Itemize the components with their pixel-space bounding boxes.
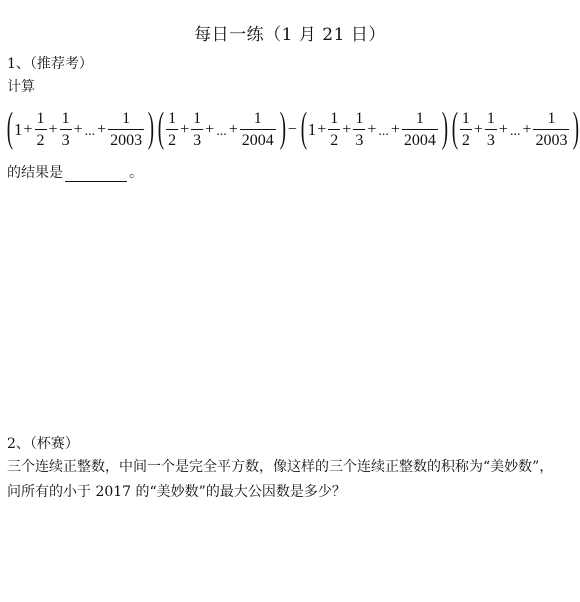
page-title: 每日一练（1 月 21 日） [0,20,580,45]
fraction-bar [328,129,340,130]
plus-sign: + [96,121,107,139]
numerator: 1 [485,110,497,128]
integer-term: 1 [308,120,317,140]
fraction: 1 2 [35,110,47,150]
fraction-bar [533,129,569,130]
fraction: 1 3 [353,110,365,150]
plus-sign: + [228,121,239,139]
result-suffix: 。 [129,165,143,181]
right-paren: ) [279,107,284,149]
plus-sign: + [473,121,484,139]
fraction: 1 2004 [402,110,438,150]
fraction: 1 2 [460,110,472,150]
plus-sign: + [521,121,532,139]
plus-sign: + [498,121,509,139]
plus-sign: + [204,121,215,139]
plus-sign: + [23,121,34,139]
right-paren: ) [573,107,578,149]
numerator: 1 [35,110,47,128]
answer-blank [65,167,127,182]
fraction-bar [402,129,438,130]
denominator: 2003 [533,132,569,150]
fraction: 1 2003 [533,110,569,150]
numerator: 1 [252,110,264,128]
fraction: 1 3 [485,110,497,150]
right-paren: ) [442,107,447,149]
plus-sign: + [316,121,327,139]
fraction: 1 2 [328,110,340,150]
numerator: 1 [166,110,178,128]
denominator: 2004 [240,132,276,150]
question-1-expression: ( 1 + 1 2 + 1 3 + ... + 1 2003 ) ( 1 2 +… [4,106,580,154]
left-paren: ( [301,107,306,149]
right-paren: ) [148,107,153,149]
question-2-line-2: 问所有的小于 2017 的“美妙数”的最大公因数是多少？ [7,483,346,501]
fraction: 1 2 [166,110,178,150]
fraction-bar [460,129,472,130]
fraction-bar [191,129,203,130]
result-prefix: 的结果是 [7,165,63,181]
denominator: 2 [35,132,47,150]
fraction-bar [35,129,47,130]
denominator: 2004 [402,132,438,150]
denominator: 2 [166,132,178,150]
fraction: 1 3 [60,110,72,150]
denominator: 2 [328,132,340,150]
plus-sign: + [390,121,401,139]
ellipsis: ... [84,124,97,140]
numerator: 1 [545,110,557,128]
denominator: 3 [191,132,203,150]
fraction: 1 2004 [240,110,276,150]
numerator: 1 [414,110,426,128]
integer-term: 1 [14,120,23,140]
ellipsis: ... [509,124,522,140]
numerator: 1 [60,110,72,128]
numerator: 1 [328,110,340,128]
numerator: 1 [460,110,472,128]
ellipsis: ... [377,124,390,140]
fraction-bar [166,129,178,130]
plus-sign: + [341,121,352,139]
left-paren: ( [7,107,12,149]
plus-sign: + [48,121,59,139]
plus-sign: + [73,121,84,139]
left-paren: ( [452,107,457,149]
fraction-bar [108,129,144,130]
question-1-result-line: 的结果是。 [7,164,143,182]
question-1-instruction: 计算 [7,78,35,96]
denominator: 3 [353,132,365,150]
fraction-bar [353,129,365,130]
numerator: 1 [191,110,203,128]
fraction-bar [60,129,72,130]
denominator: 2003 [108,132,144,150]
denominator: 3 [485,132,497,150]
left-paren: ( [158,107,163,149]
numerator: 1 [353,110,365,128]
numerator: 1 [120,110,132,128]
fraction-bar [240,129,276,130]
denominator: 2 [460,132,472,150]
question-2-label: 2、（杯赛） [7,435,79,453]
fraction: 1 3 [191,110,203,150]
plus-sign: + [366,121,377,139]
ellipsis: ... [215,124,228,140]
question-1-label: 1、（推荐考） [7,55,93,73]
denominator: 3 [60,132,72,150]
fraction: 1 2003 [108,110,144,150]
plus-sign: + [179,121,190,139]
question-2-line-1: 三个连续正整数，中间一个是完全平方数，像这样的三个连续正整数的积称为“美妙数”， [7,458,553,476]
fraction-bar [485,129,497,130]
minus-sign: − [287,121,298,139]
